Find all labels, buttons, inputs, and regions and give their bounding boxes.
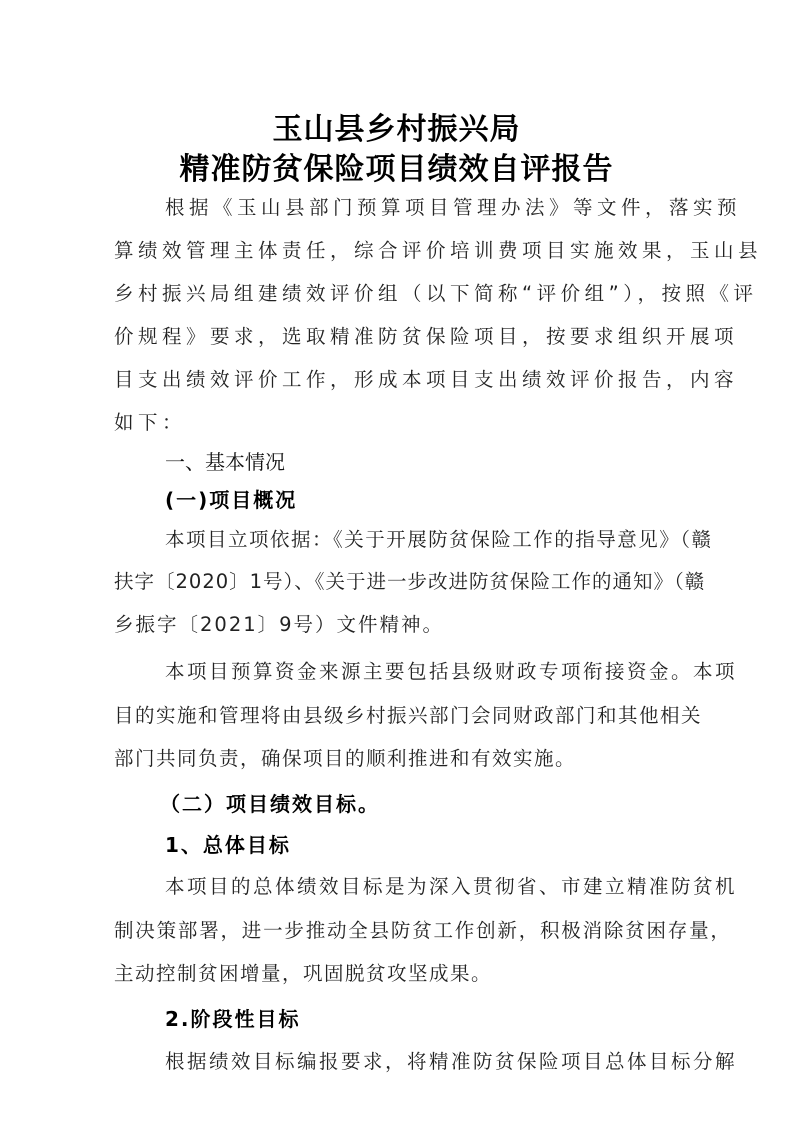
goal2-line-1: 根据绩效目标编报要求，将精准防贫保险项目总体目标分解 bbox=[165, 1046, 713, 1074]
basis-line-2: 扶字〔2020〕1号）、《关于进一步改进防贫保险工作的通知》（赣 bbox=[114, 566, 714, 594]
section-heading-basic-info: 一、基本情况 bbox=[165, 446, 285, 475]
intro-line-4: 价规程》要求，选取精准防贫保险项目，按要求组织开展项 bbox=[114, 321, 714, 349]
intro-line-6: 如下： bbox=[114, 407, 714, 435]
intro-line-3: 乡村振兴局组建绩效评价组（以下简称“评价组”），按照《评 bbox=[114, 278, 714, 306]
goal1-line-3: 主动控制贫困增量，巩固脱贫攻坚成果。 bbox=[114, 958, 714, 986]
subsection-heading-performance-goals: （二）项目绩效目标。 bbox=[160, 788, 380, 817]
subsection-heading-overview: (一)项目概况 bbox=[165, 484, 297, 513]
intro-line-1: 根据《玉山县部门预算项目管理办法》等文件，落实预 bbox=[165, 192, 713, 220]
goal1-line-1: 本项目的总体绩效目标是为深入贯彻省、市建立精准防贫机 bbox=[165, 871, 713, 899]
goal1-line-2: 制决策部署，进一步推动全县防贫工作创新，积极消除贫困存量， bbox=[114, 915, 714, 943]
intro-line-5: 目支出绩效评价工作，形成本项目支出绩效评价报告，内容 bbox=[114, 364, 714, 392]
document-page: 玉山县乡村振兴局 精准防贫保险项目绩效自评报告 根据《玉山县部门预算项目管理办法… bbox=[0, 0, 793, 1122]
title-organization: 玉山县乡村振兴局 bbox=[0, 104, 793, 148]
funding-line-3: 部门共同负责，确保项目的顺利推进和有效实施。 bbox=[114, 743, 714, 771]
title-report: 精准防贫保险项目绩效自评报告 bbox=[0, 144, 793, 188]
heading-overall-goal: 1、总体目标 bbox=[165, 829, 291, 858]
basis-line-3: 乡振字〔2021〕9号）文件精神。 bbox=[114, 609, 714, 637]
intro-line-2: 算绩效管理主体责任，综合评价培训费项目实施效果，玉山县 bbox=[114, 235, 714, 263]
heading-phase-goal: 2.阶段性目标 bbox=[165, 1003, 301, 1032]
funding-line-2: 目的实施和管理将由县级乡村振兴部门会同财政部门和其他相关 bbox=[114, 700, 714, 728]
basis-line-1: 本项目立项依据：《关于开展防贫保险工作的指导意见》（赣 bbox=[165, 524, 713, 552]
funding-line-1: 本项目预算资金来源主要包括县级财政专项衔接资金。本项 bbox=[165, 656, 713, 684]
